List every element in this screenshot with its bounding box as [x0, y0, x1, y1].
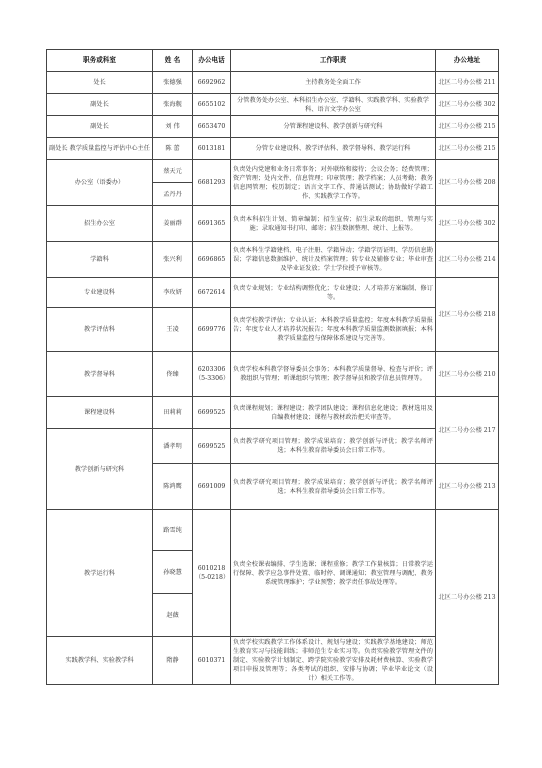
phone-cell: 6203306（5-3306） [193, 352, 231, 397]
address-cell: 北区二号办公楼 215 [436, 116, 499, 138]
position-cell: 课程建设科 [47, 397, 153, 429]
table-row: 学籍科 张兴利 6696865 负责本科生学籍建档、电子注册、学籍异动；学籍学历… [47, 242, 499, 278]
name-cell: 姜丽群 [153, 206, 193, 242]
phone-cell: 6691009 [193, 464, 231, 510]
phone-cell: 6692962 [193, 72, 231, 94]
duty-cell: 负责教学研究项目管理；教学成果培育；教学创新与评优；教学名师评选；本科生教育指导… [231, 464, 436, 510]
phone-cell: 6699525 [193, 429, 231, 464]
table-row: 招生办公室 姜丽群 6691365 负责本科招生计划、简章编制；招生宣传；招生录… [47, 206, 499, 242]
name-cell: 蔡天元 [153, 160, 193, 183]
phone-cell: 6691365 [193, 206, 231, 242]
address-cell: 北区二号办公楼 215 [436, 138, 499, 160]
address-cell: 北区二号办公楼 302 [436, 94, 499, 116]
name-cell: 陈鸿鹰 [153, 464, 193, 510]
address-cell: 北区二号办公楼 302 [436, 206, 499, 242]
phone-cell: 6013181 [193, 138, 231, 160]
header-position: 职务或科室 [47, 50, 153, 72]
duty-cell: 负责处内党建和业务日常事务；对外联络和接待；会议会务；经费管理；资产管理；处内文… [231, 160, 436, 206]
phone-cell: 6696865 [193, 242, 231, 278]
address-cell: 北区二号办公楼 213 [436, 464, 499, 510]
duty-cell: 负责课程规划；课程建设；教学团队建设；课程信息化建设；教材选用及自编教材建设；课… [231, 397, 436, 429]
name-cell: 潘孝明 [153, 429, 193, 464]
name-cell: 张兴利 [153, 242, 193, 278]
address-cell: 北区二号办公楼 208 [436, 160, 499, 206]
table-row: 教学运行科 路雪纯 6010218（5-0218） 负责全校课表编排、学生选课；… [47, 510, 499, 551]
name-cell: 王凌 [153, 308, 193, 352]
duty-cell: 负责学校实践教学工作体系设计、规划与建设；实践教学基地建设；师范生教育实习与技能… [231, 637, 436, 685]
duty-cell: 负责学校教学评估；专业认证；本科教学质量监控；年度本科教学质量报告；年度专业人才… [231, 308, 436, 352]
name-cell: 孟丹丹 [153, 183, 193, 206]
position-cell: 副处长 [47, 94, 153, 116]
name-cell: 李玫妍 [153, 278, 193, 308]
position-cell: 处长 [47, 72, 153, 94]
name-cell: 孙晓慧 [153, 551, 193, 594]
table-row: 教学评估科 王凌 6699776 负责学校教学评估；专业认证；本科教学质量监控；… [47, 308, 499, 352]
position-cell: 副处长 教学质量监控与评估中心主任 [47, 138, 153, 160]
table-row: 教学督导科 佟臻 6203306（5-3306） 负责学校本科教学督导委员会事务… [47, 352, 499, 397]
header-duty: 工作职责 [231, 50, 436, 72]
duty-cell: 分管专业建设科、教学评估科、教学督导科、教学运行科 [231, 138, 436, 160]
table-row: 教学创新与研究科 潘孝明 6699525 负责教学研究项目管理；教学成果培育；教… [47, 429, 499, 464]
position-cell: 教学运行科 [47, 510, 153, 637]
header-phone: 办公电话 [193, 50, 231, 72]
address-cell: 北区二号办公楼 210 [436, 352, 499, 397]
position-cell: 招生办公室 [47, 206, 153, 242]
phone-cell: 6681293 [193, 160, 231, 206]
name-cell: 刘 伟 [153, 116, 193, 138]
address-cell: 北区二号办公楼 218 [436, 278, 499, 352]
duty-cell: 分管教务处办公室、本科招生办公室、学籍科、实践教学科、实验教学科、语言文字办公室 [231, 94, 436, 116]
table-row: 副处长 刘 伟 6653470 分管课程建设科、教学创新与研究科 北区二号办公楼… [47, 116, 499, 138]
duty-cell: 负责本科招生计划、简章编制；招生宣传；招生录取的组织、管理与实施；录取通知书打印… [231, 206, 436, 242]
address-cell: 北区二号办公楼 213 [436, 510, 499, 685]
duty-cell: 负责专业规划；专业结构调整优化；专业建设；人才培养方案编制、修订等。 [231, 278, 436, 308]
table-header-row: 职务或科室 姓 名 办公电话 工作职责 办公地址 [47, 50, 499, 72]
name-cell: 路雪纯 [153, 510, 193, 551]
name-cell: 张德强 [153, 72, 193, 94]
position-cell: 办公室（语委办） [47, 160, 153, 206]
position-cell: 副处长 [47, 116, 153, 138]
table-row: 办公室（语委办） 蔡天元 6681293 负责处内党建和业务日常事务；对外联络和… [47, 160, 499, 183]
position-cell: 学籍科 [47, 242, 153, 278]
position-cell: 教学督导科 [47, 352, 153, 397]
address-cell: 北区二号办公楼 217 [436, 397, 499, 464]
address-cell: 北区二号办公楼 214 [436, 242, 499, 278]
name-cell: 佟臻 [153, 352, 193, 397]
position-cell: 教学创新与研究科 [47, 429, 153, 510]
table-row: 实践教学科、实验教学科 隋静 6010371 负责学校实践教学工作体系设计、规划… [47, 637, 499, 685]
phone-cell: 6699525 [193, 397, 231, 429]
duty-cell: 主持教务处全面工作 [231, 72, 436, 94]
table-row: 副处长 教学质量监控与评估中心主任 陈 蕾 6013181 分管专业建设科、教学… [47, 138, 499, 160]
table-row: 副处长 张海舰 6655102 分管教务处办公室、本科招生办公室、学籍科、实践教… [47, 94, 499, 116]
position-cell: 专业建设科 [47, 278, 153, 308]
header-address: 办公地址 [436, 50, 499, 72]
name-cell: 赵薇 [153, 594, 193, 637]
duty-cell: 负责本科生学籍建档、电子注册、学籍异动；学籍学历证明、学历信息勘误；学籍信息数据… [231, 242, 436, 278]
phone-cell: 6655102 [193, 94, 231, 116]
duty-cell: 负责学校本科教学督导委员会事务；本科教学质量督导、检查与评价；评教组织与管理；听… [231, 352, 436, 397]
header-name: 姓 名 [153, 50, 193, 72]
phone-cell: 6699776 [193, 308, 231, 352]
duty-cell: 分管课程建设科、教学创新与研究科 [231, 116, 436, 138]
office-directory-table: 职务或科室 姓 名 办公电话 工作职责 办公地址 处长 张德强 6692962 … [46, 49, 499, 685]
phone-cell: 6653470 [193, 116, 231, 138]
duty-cell: 负责全校课表编排、学生选课；课程重修；教学工作量核算；日常教学运行保障、教学应急… [231, 510, 436, 637]
duty-cell: 负责教学研究项目管理；教学成果培育；教学创新与评优；教学名师评选；本科生教育指导… [231, 429, 436, 464]
phone-cell: 6672614 [193, 278, 231, 308]
position-cell: 实践教学科、实验教学科 [47, 637, 153, 685]
table-row: 专业建设科 李玫妍 6672614 负责专业规划；专业结构调整优化；专业建设；人… [47, 278, 499, 308]
position-cell: 教学评估科 [47, 308, 153, 352]
address-cell: 北区二号办公楼 211 [436, 72, 499, 94]
name-cell: 张海舰 [153, 94, 193, 116]
table-row: 课程建设科 田莉莉 6699525 负责课程规划；课程建设；教学团队建设；课程信… [47, 397, 499, 429]
name-cell: 陈 蕾 [153, 138, 193, 160]
name-cell: 田莉莉 [153, 397, 193, 429]
name-cell: 隋静 [153, 637, 193, 685]
phone-cell: 6010218（5-0218） [193, 510, 231, 637]
phone-cell: 6010371 [193, 637, 231, 685]
table-row: 处长 张德强 6692962 主持教务处全面工作 北区二号办公楼 211 [47, 72, 499, 94]
